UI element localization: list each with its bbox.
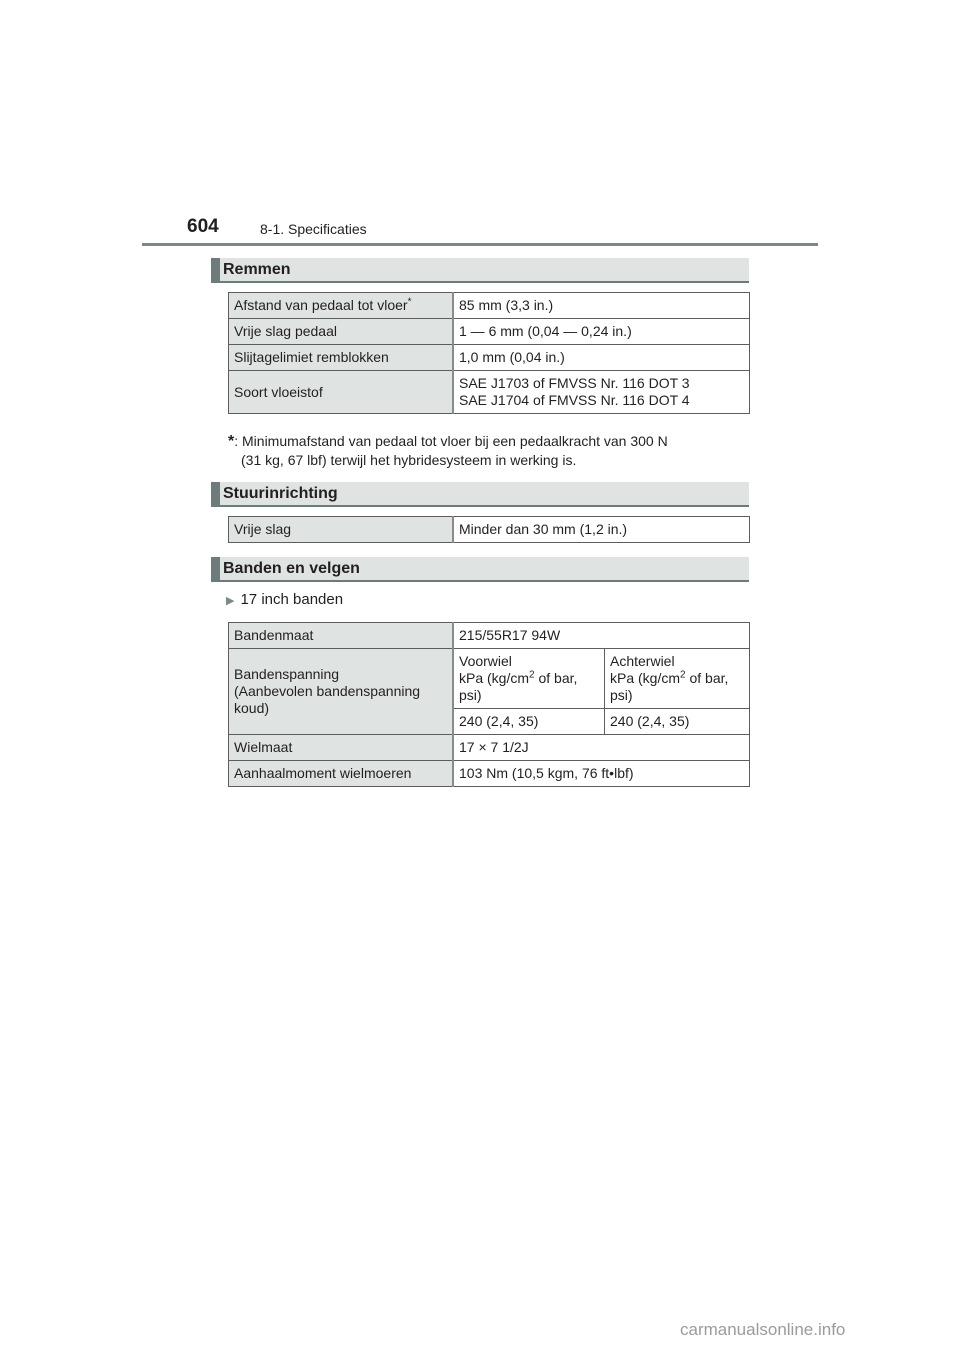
steering-table: Vrije slag Minder dan 30 mm (1,2 in.) — [228, 516, 750, 543]
row-value: 17 × 7 1/2J — [453, 735, 750, 761]
row-value: SAE J1703 of FMVSS Nr. 116 DOT 3SAE J170… — [453, 371, 750, 414]
chapter-title: 8-1. Specificaties — [260, 221, 367, 237]
row-label: Bandenmaat — [229, 623, 454, 649]
table-row: Wielmaat 17 × 7 1/2J — [229, 735, 750, 761]
triangle-bullet-icon: ▶ — [226, 595, 234, 607]
section-header-steering: Stuurinrichting — [211, 482, 749, 507]
table-row: Bandenspanning (Aanbevolen bandenspannin… — [229, 649, 750, 709]
subheading: ▶17 inch banden — [226, 591, 343, 608]
page-number: 604 — [187, 216, 219, 238]
tires-table: Bandenmaat 215/55R17 94W Bandenspanning … — [228, 622, 750, 787]
section-title: Remmen — [223, 261, 291, 279]
section-title: Stuurinrichting — [223, 485, 338, 503]
section-header-brakes: Remmen — [211, 258, 749, 283]
table-row: Afstand van pedaal tot vloer* 85 mm (3,3… — [229, 293, 750, 319]
row-value: 215/55R17 94W — [453, 623, 750, 649]
header-divider — [142, 243, 818, 246]
rear-pressure-value: 240 (2,4, 35) — [605, 709, 750, 735]
row-label: Soort vloeistof — [229, 371, 454, 414]
table-row: Aanhaalmoment wielmoeren 103 Nm (10,5 kg… — [229, 761, 750, 787]
section-title: Banden en velgen — [223, 560, 360, 578]
front-wheel-header: Voorwiel kPa (kg/cm2 of bar, psi) — [453, 649, 605, 709]
table-row: Bandenmaat 215/55R17 94W — [229, 623, 750, 649]
table-row: Soort vloeistof SAE J1703 of FMVSS Nr. 1… — [229, 371, 750, 414]
row-value: 1,0 mm (0,04 in.) — [453, 345, 750, 371]
row-label: Bandenspanning (Aanbevolen bandenspannin… — [229, 649, 454, 735]
section-header-tires: Banden en velgen — [211, 557, 749, 582]
table-row: Vrije slag Minder dan 30 mm (1,2 in.) — [229, 517, 750, 543]
rear-wheel-header: Achterwiel kPa (kg/cm2 of bar, psi) — [605, 649, 750, 709]
row-label: Slijtagelimiet remblokken — [229, 345, 454, 371]
table-row: Slijtagelimiet remblokken 1,0 mm (0,04 i… — [229, 345, 750, 371]
row-label: Vrije slag — [229, 517, 454, 543]
table-row: Vrije slag pedaal 1 — 6 mm (0,04 — 0,24 … — [229, 319, 750, 345]
footnote: *: Minimumafstand van pedaal tot vloer b… — [228, 432, 744, 470]
row-value: Minder dan 30 mm (1,2 in.) — [453, 517, 750, 543]
row-value: 103 Nm (10,5 kgm, 76 ft•lbf) — [453, 761, 750, 787]
watermark: carmanualsonline.info — [680, 1320, 845, 1340]
row-label: Afstand van pedaal tot vloer* — [229, 293, 454, 319]
row-value: 85 mm (3,3 in.) — [453, 293, 750, 319]
row-label: Vrije slag pedaal — [229, 319, 454, 345]
brakes-table: Afstand van pedaal tot vloer* 85 mm (3,3… — [228, 292, 750, 414]
row-label: Aanhaalmoment wielmoeren — [229, 761, 454, 787]
front-pressure-value: 240 (2,4, 35) — [453, 709, 605, 735]
row-label: Wielmaat — [229, 735, 454, 761]
row-value: 1 — 6 mm (0,04 — 0,24 in.) — [453, 319, 750, 345]
